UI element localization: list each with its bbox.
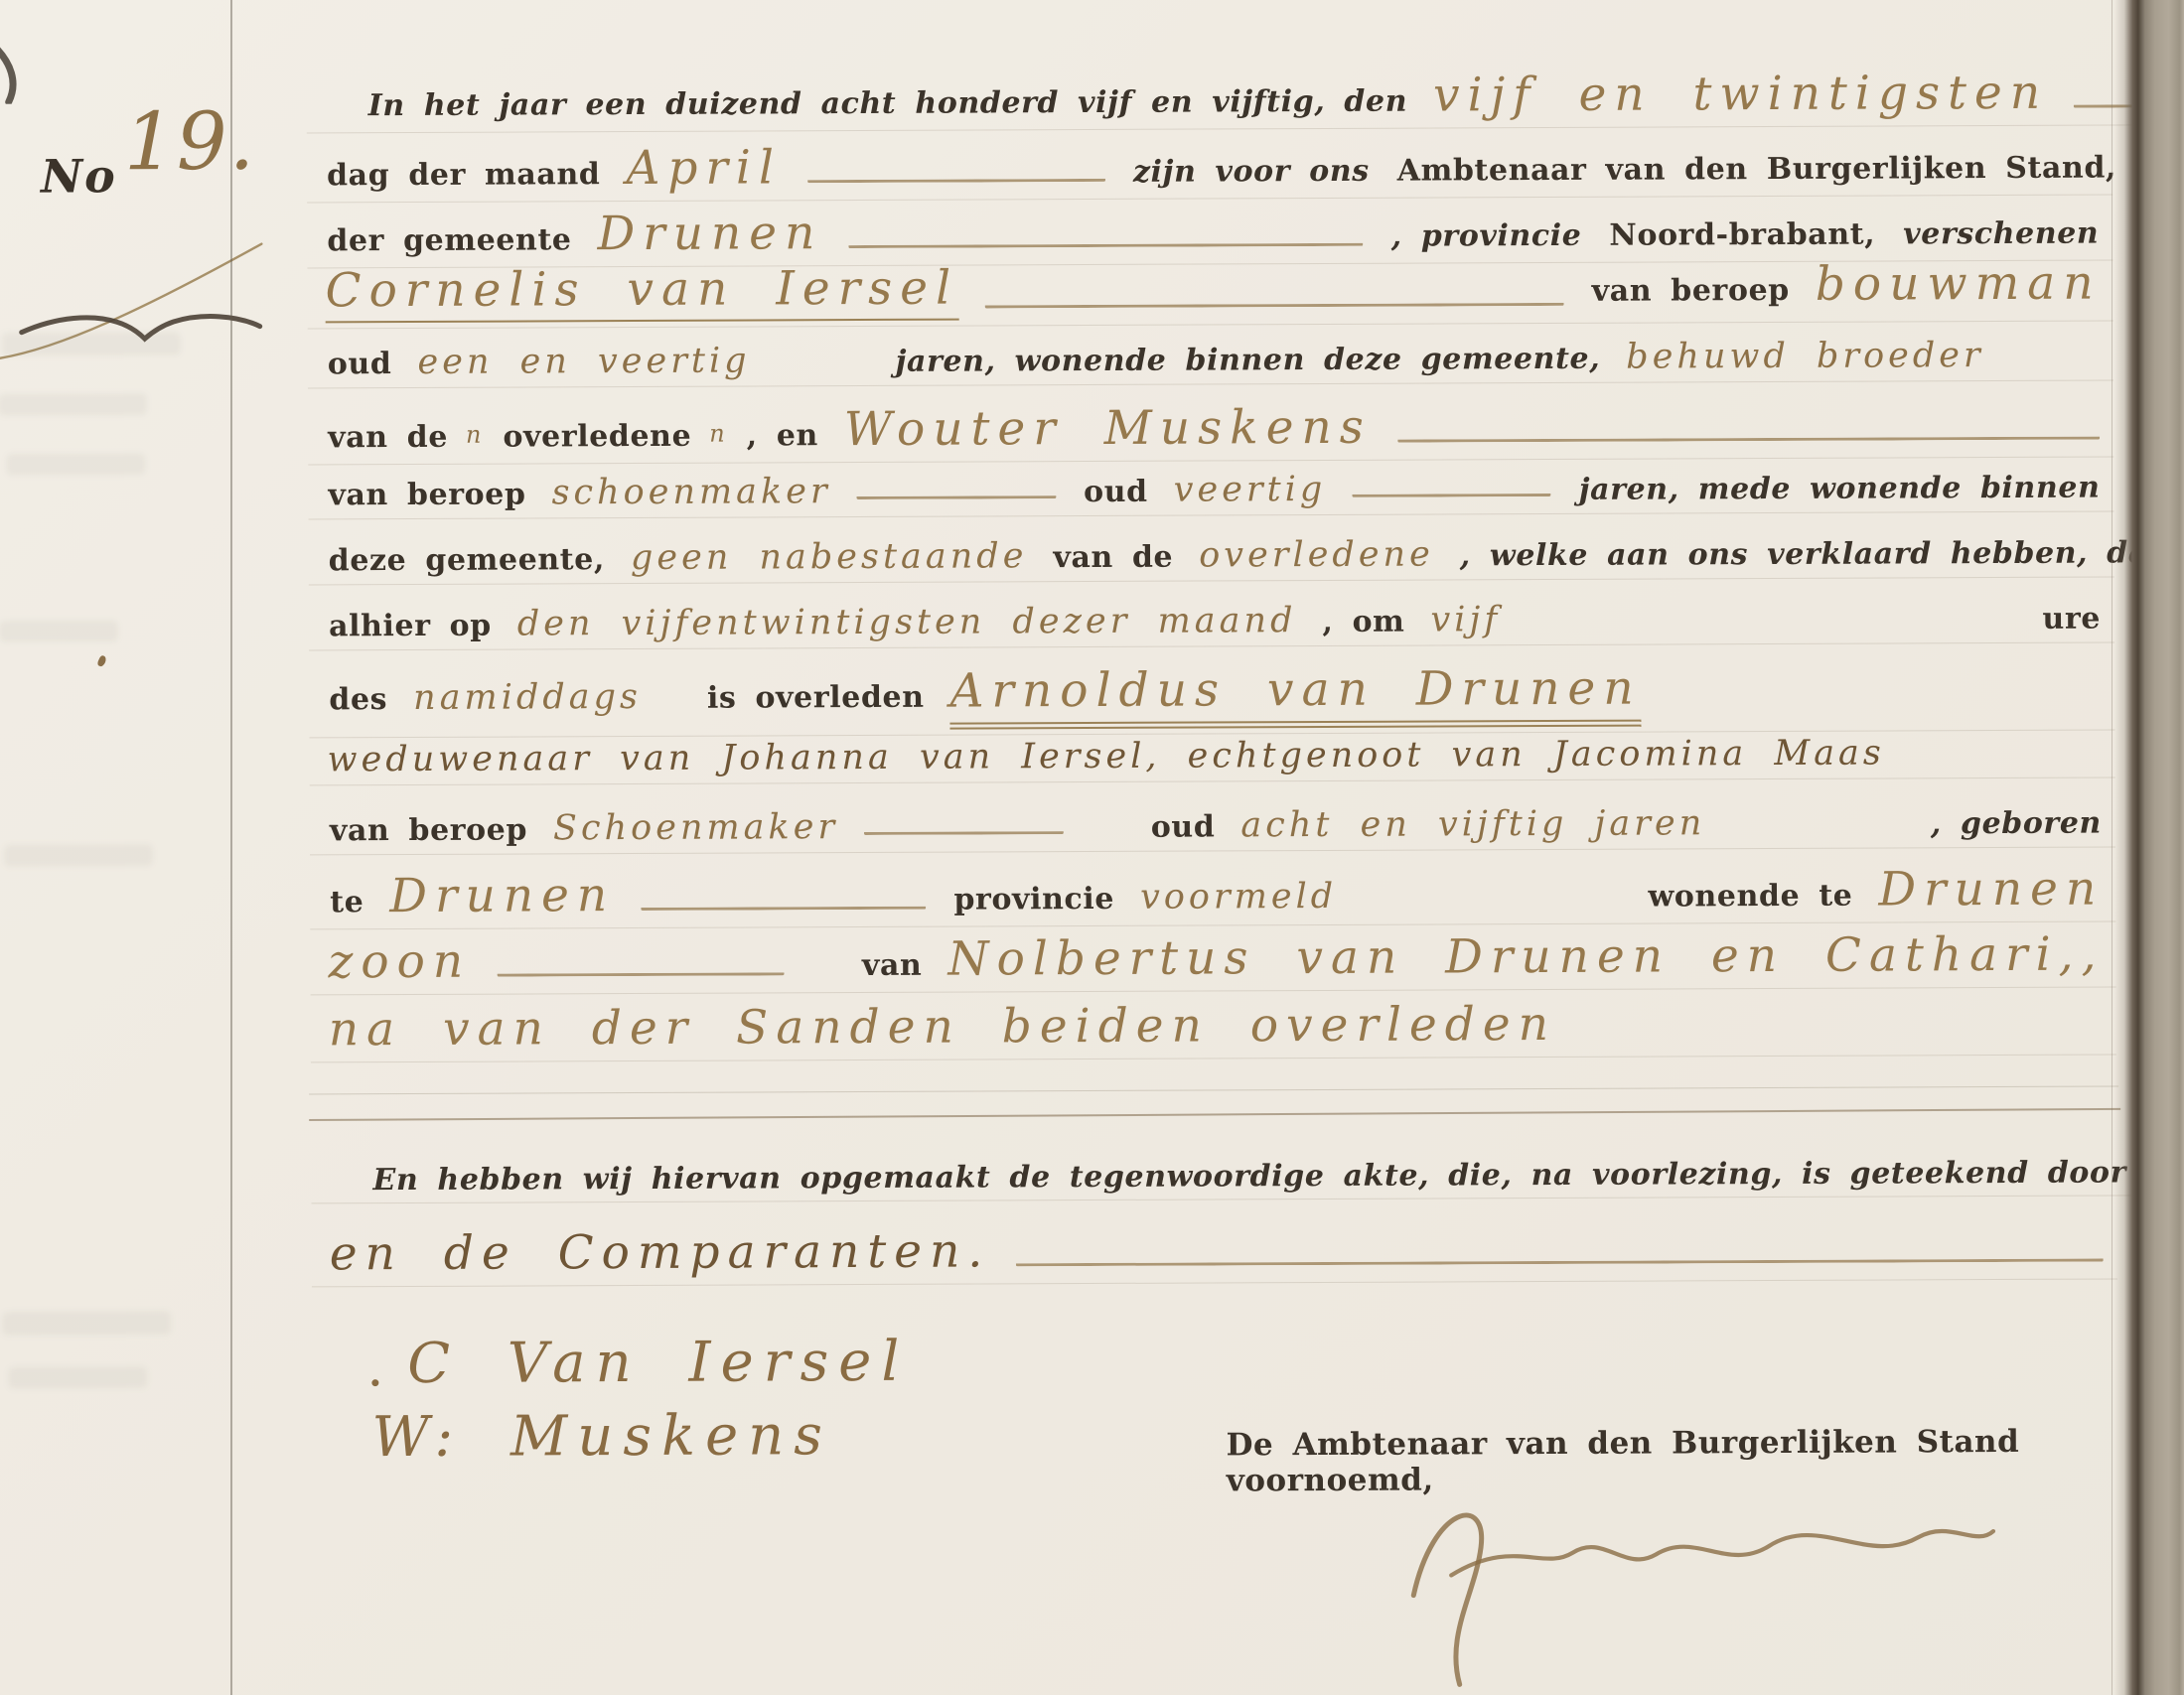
signature-comparant-1: C Van Iersel: [407, 1330, 909, 1396]
drawn-fill-rule: [1397, 436, 2100, 443]
handwritten-text: vijf en twintigsten: [1433, 66, 2048, 123]
blank-gap: [1349, 906, 1634, 908]
bleedthrough-mark: [0, 620, 118, 642]
officer-signature-icon: [1374, 1474, 2010, 1695]
separator-drawn-line: [309, 1108, 2120, 1121]
printed-text: Noord-brabant,: [1609, 217, 1875, 253]
bleedthrough-mark: [4, 844, 153, 867]
printed-text: ure: [2042, 602, 2101, 636]
printed-text: , provincie: [1391, 218, 1582, 254]
form-lines: In het jaar een duizend acht honderd vij…: [0, 0, 2180, 5]
form-line-7: van beroepschoenmakeroudveertigjaren, me…: [314, 467, 2113, 514]
blank-gap: [1078, 836, 1137, 837]
printed-text: , welke aan ons verklaard hebben, dat: [1460, 535, 2163, 573]
drawn-fill-rule: [848, 242, 1363, 248]
drawn-fill-rule: [984, 302, 1564, 309]
form-line-11: weduwenaar van Johanna van Iersel, echtg…: [316, 733, 2115, 780]
printed-text: alhier op: [329, 609, 492, 644]
bleedthrough-mark: [0, 393, 147, 416]
handwritten-text: Wouter Muskens: [844, 400, 1372, 457]
form-line-12: van beroepSchoenmakeroudacht en vijftig …: [316, 802, 2115, 850]
handwritten-text: overledene: [1199, 534, 1434, 575]
handwritten-text: een en veertig: [417, 341, 750, 381]
printed-text: , geboren: [1931, 806, 2102, 842]
handwritten-text: bouwman: [1816, 256, 2102, 312]
printed-text: dag der maand: [327, 157, 601, 193]
bleedthrough-mark: [8, 1366, 147, 1389]
form-line-9: alhier opden vijfentwintigsten dezer maa…: [315, 598, 2114, 645]
form-line-8: deze gemeente,geen nabestaandevan deover…: [315, 532, 2114, 580]
printed-text: der gemeente: [327, 222, 571, 258]
book-binding-edge: [2114, 0, 2184, 1695]
form-line-4: Cornelis van Ierselvan beroepbouwman: [313, 256, 2112, 324]
form-line-10: desnamiddagsis overledenArnoldus van Dru…: [315, 659, 2114, 733]
handwritten-text: Drunen: [389, 868, 615, 923]
printed-text: jaren, wonende binnen deze gemeente,: [895, 342, 1600, 379]
printed-text: In het jaar een duizend acht honderd vij…: [368, 84, 1407, 124]
printed-text: van de: [1053, 540, 1173, 576]
margin-number-value: 19.: [124, 95, 257, 189]
printed-text: jaren, mede wonende binnen: [1579, 471, 2101, 507]
handwritten-text: April: [626, 140, 782, 196]
handwritten-text: voormeld: [1140, 877, 1337, 918]
handwritten-text: geen nabestaande: [631, 536, 1028, 578]
handwritten-text: Schoenmaker: [553, 807, 838, 848]
printed-text: overledene: [503, 419, 691, 455]
drawn-fill-rule: [641, 906, 926, 911]
printed-text: wonende te: [1648, 879, 1852, 915]
printed-text: van de: [328, 420, 448, 456]
form-line-1: In het jaar een duizend acht honderd vij…: [313, 65, 2154, 127]
handwritten-text: Cornelis van Iersel: [325, 261, 958, 324]
handwritten-text: acht en vijftig jaren: [1240, 803, 1705, 845]
printed-text: is overleden: [707, 680, 925, 716]
form-line-17: en de Comparanten.: [318, 1219, 2117, 1282]
blank-gap: [654, 707, 693, 708]
margin-number-label: No: [41, 149, 117, 203]
handwritten-text: Drunen: [1878, 862, 2104, 918]
handwritten-text: Nolbertus van Drunen en Cathari,,: [947, 927, 2104, 987]
blank-gap: [763, 370, 882, 372]
bleedthrough-mark: [2, 332, 181, 356]
page-content: No 19. In het jaar een duizend acht hond…: [0, 0, 2184, 1695]
form-line-16: En hebben wij hiervan opgemaakt de tegen…: [317, 1155, 2158, 1198]
separator-faint-line: [309, 1085, 2118, 1094]
handwritten-text: en de Comparanten.: [330, 1223, 991, 1281]
page-corner-ink-mark: [0, 45, 27, 108]
handwritten-text: Arnoldus van Drunen: [949, 661, 1641, 730]
form-line-2: dag der maandAprilzijn voor onsAmbtenaar…: [313, 135, 2112, 198]
blank-gap: [1513, 628, 2028, 631]
printed-text: oud: [1151, 809, 1216, 844]
handwritten-text: behuwd broeder: [1626, 336, 1984, 377]
form-line-6: van denoverledenen, enWouter Muskens: [314, 397, 2113, 460]
printed-text: oud: [328, 347, 392, 381]
printed-text: En hebben wij hiervan opgemaakt de tegen…: [372, 1155, 2184, 1198]
handwritten-text: zoon: [328, 934, 471, 990]
handwritten-text: schoenmaker: [551, 472, 830, 512]
printed-text: des: [329, 682, 387, 717]
handwritten-text: namiddags: [413, 677, 642, 718]
printed-text: te: [330, 885, 364, 919]
drawn-fill-rule: [1016, 1258, 2104, 1267]
handwritten-text: n: [466, 421, 486, 449]
printed-text: van beroep: [330, 812, 527, 848]
bleedthrough-mark: [6, 453, 145, 476]
drawn-fill-rule: [1352, 493, 1550, 497]
handwritten-text: na van der Sanden beiden overleden: [329, 997, 1556, 1057]
printed-text: van: [862, 948, 923, 983]
printed-text: van beroep: [328, 477, 525, 512]
printed-text: , om: [1322, 605, 1404, 639]
printed-text: zijn voor ons: [1133, 154, 1370, 190]
printed-text: deze gemeente,: [329, 542, 605, 578]
death-record-page: No 19. In het jaar een duizend acht hond…: [0, 0, 2184, 1695]
printed-text: verschenen: [1903, 216, 2099, 252]
drawn-fill-rule: [807, 178, 1105, 183]
printed-text: provincie: [953, 882, 1114, 918]
blank-gap: [799, 974, 848, 975]
handwritten-text: veertig: [1174, 470, 1327, 510]
printed-text: van beroep: [1592, 273, 1790, 309]
left-margin-rule: [230, 0, 232, 1695]
handwritten-text: vijf: [1430, 600, 1501, 639]
form-line-13: teDrunenprovincievoormeldwonende teDrune…: [316, 862, 2115, 924]
handwritten-text: Drunen: [597, 206, 822, 261]
form-line-3: der gemeenteDrunen, provincieNoord-braba…: [313, 201, 2112, 263]
form-line-5: oudeen en veertigjaren, wonende binnen d…: [314, 336, 2113, 383]
printed-text: oud: [1084, 475, 1148, 509]
drawn-fill-rule: [497, 971, 785, 976]
printed-text: , en: [747, 418, 818, 453]
ink-speck: [96, 654, 107, 667]
right-margin-rule: [2111, 0, 2112, 1695]
handwritten-text: n: [709, 420, 729, 448]
ink-dot: [371, 1379, 378, 1386]
signature-comparant-2: W: Muskens: [371, 1403, 832, 1470]
handwritten-text: weduwenaar van Johanna van Iersel, echtg…: [328, 734, 1885, 780]
drawn-fill-rule: [857, 494, 1056, 499]
form-line-14: zoonvanNolbertus van Drunen en Cathari,,: [316, 927, 2115, 990]
handwritten-text: den vijfentwintigsten dezer maand: [517, 601, 1297, 643]
bleedthrough-mark: [2, 1311, 171, 1336]
form-line-15: na van der Sanden beiden overleden: [317, 995, 2116, 1058]
blank-gap: [1717, 832, 1917, 834]
drawn-fill-rule: [864, 830, 1064, 835]
printed-text: Ambtenaar van den Burgerlijken Stand,: [1397, 150, 2116, 188]
